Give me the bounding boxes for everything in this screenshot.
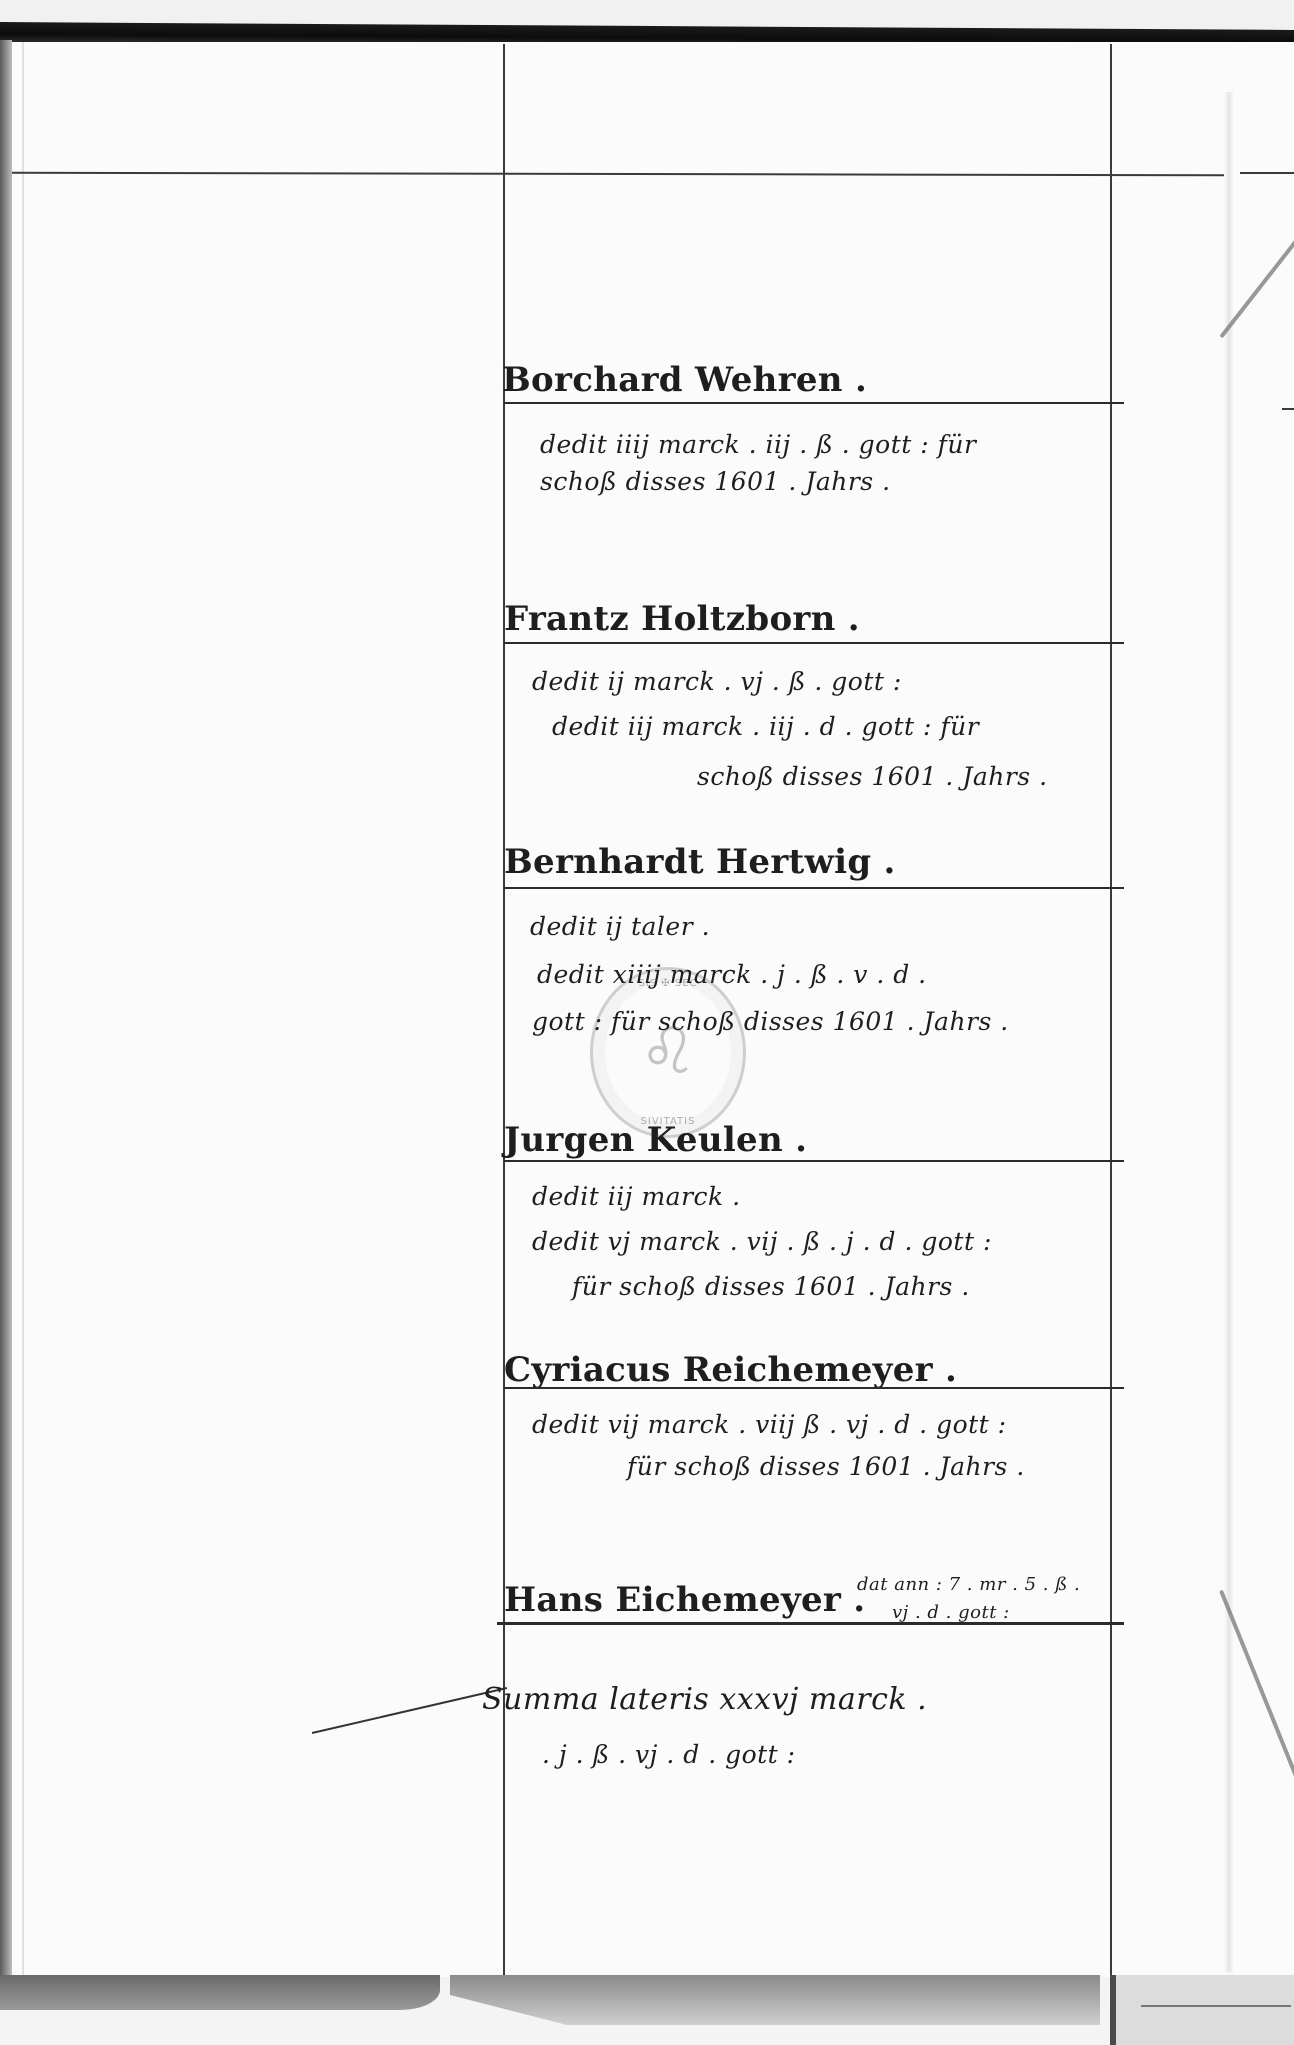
header-rule [12, 172, 1224, 176]
header-rule-right [1240, 172, 1294, 174]
entry-annotation: dat ann : 7 . mr . 5 . ß . [857, 1574, 1080, 1595]
entry-line: für schoß disses 1601 . Jahrs . [572, 1272, 970, 1301]
entry-line: gott : für schoß disses 1601 . Jahrs . [532, 1007, 1009, 1036]
entry-underline [504, 1387, 1124, 1389]
entry-underline [504, 642, 1124, 644]
summa-line: . j . ß . vj . d . gott : [542, 1740, 796, 1769]
page-fold [1224, 92, 1234, 1972]
entry-annotation: vj . d . gott : [892, 1602, 1010, 1623]
entry-line: dedit iij marck . [532, 1182, 741, 1211]
entry-underline [504, 887, 1124, 889]
entry-line: dedit xiiij marck . j . ß . v . d . [537, 960, 927, 989]
entry-name: Frantz Holtzborn . [504, 599, 860, 639]
entry-name: Cyriacus Reichemeyer . [504, 1350, 957, 1390]
entry-underline [497, 1622, 1124, 1625]
right-margin-tick [1282, 408, 1294, 410]
entry-line: dedit iij marck . iij . d . gott : für [552, 712, 979, 741]
entry-name: Hans Eichemeyer . [504, 1580, 865, 1620]
archive-seal-stamp: SIS ✠ SEC ♌ SIVITATIS [590, 967, 746, 1138]
manuscript-page: SIS ✠ SEC ♌ SIVITATIS Borchard Wehren . … [12, 42, 1294, 1977]
loose-leaf [1141, 1985, 1291, 2007]
entry-line: dedit ij taler . [530, 912, 710, 941]
entry-line: dedit vj marck . vij . ß . j . d . gott … [532, 1227, 992, 1256]
page-left-edge [0, 40, 12, 1980]
entry-underline [504, 402, 1124, 404]
book-page-edges-left [0, 1975, 440, 2010]
summa-pen-stroke [312, 1687, 507, 1734]
entry-underline [504, 1160, 1124, 1162]
entry-line: dedit ij marck . vj . ß . gott : [532, 667, 902, 696]
book-page-edges-right [1110, 1975, 1294, 2045]
entry-name: Jurgen Keulen . [504, 1120, 807, 1160]
entry-line: dedit vij marck . viij ß . vj . d . gott… [532, 1410, 1007, 1439]
book-page-edges-center [450, 1975, 1100, 2025]
entry-line: schoß disses 1601 . Jahrs . [540, 467, 891, 496]
entry-line: für schoß disses 1601 . Jahrs . [627, 1452, 1025, 1481]
summa-line: Summa lateris xxxvj marck . [482, 1682, 927, 1717]
entry-line: schoß disses 1601 . Jahrs . [697, 762, 1048, 791]
entry-name: Bernhardt Hertwig . [504, 842, 896, 882]
entry-name: Borchard Wehren . [502, 360, 867, 400]
page-inner-border [22, 42, 24, 1977]
right-column-rule [1110, 44, 1112, 1977]
entry-line: dedit iiij marck . iij . ß . gott : für [540, 430, 976, 459]
